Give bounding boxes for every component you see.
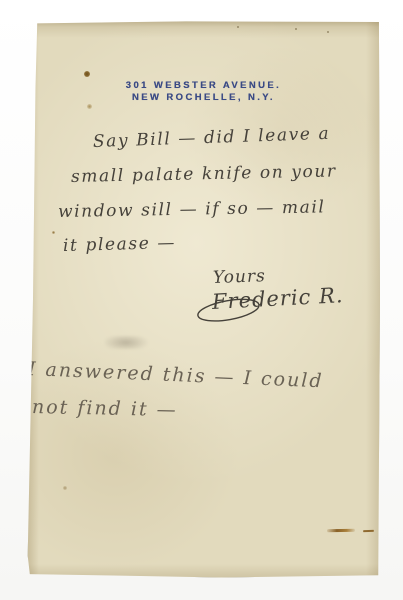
pencil-smudge bbox=[105, 336, 157, 349]
edge-speck bbox=[295, 28, 297, 30]
handwriting-line-4: it please — bbox=[63, 233, 176, 256]
foxing-spot bbox=[87, 104, 92, 109]
handwriting-line-1: Say Bill — did I leave a bbox=[93, 124, 331, 152]
foxing-spot bbox=[84, 71, 90, 77]
letterhead: 301 WEBSTER AVENUE. NEW ROCHELLE, N.Y. bbox=[27, 80, 380, 104]
letterhead-address-line2: NEW ROCHELLE, N.Y. bbox=[27, 92, 380, 104]
letter-paper: 301 WEBSTER AVENUE. NEW ROCHELLE, N.Y. S… bbox=[27, 20, 380, 578]
pencil-annotation-line-1: I answered this — I could bbox=[28, 358, 324, 392]
handwriting-line-3: window sill — if so — mail bbox=[58, 197, 326, 222]
signature-flourish-loop bbox=[194, 293, 265, 327]
foxing-spot bbox=[63, 486, 67, 490]
photo-background: 301 WEBSTER AVENUE. NEW ROCHELLE, N.Y. S… bbox=[0, 0, 403, 600]
scratch-mark bbox=[327, 529, 355, 532]
letterhead-address-line1: 301 WEBSTER AVENUE. bbox=[27, 80, 380, 92]
foxing-spot bbox=[52, 231, 55, 234]
scratch-mark bbox=[363, 530, 374, 532]
closing-word: Yours bbox=[213, 266, 266, 288]
handwriting-line-2: small palate knife on your bbox=[71, 161, 337, 187]
edge-speck bbox=[327, 31, 329, 33]
signature: Frederic R. bbox=[211, 283, 344, 314]
pencil-annotation-line-2: not find it — bbox=[32, 396, 178, 421]
edge-speck bbox=[237, 26, 239, 28]
